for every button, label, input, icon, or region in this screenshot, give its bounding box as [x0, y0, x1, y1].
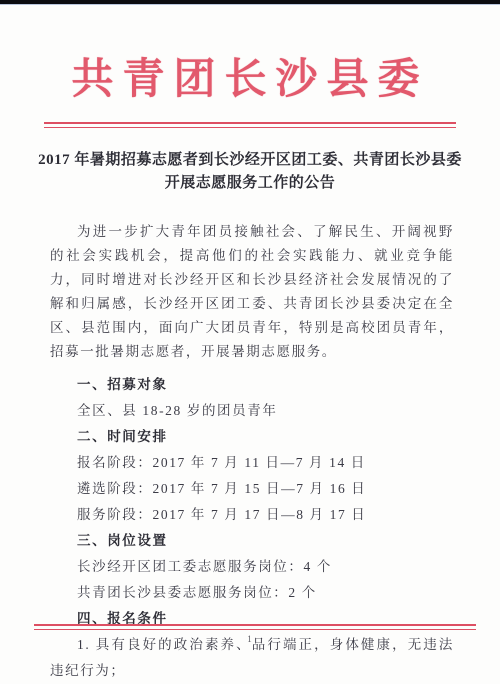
section-line-service-phase: 服务阶段：2017 年 7 月 17 日—8 月 17 日 [50, 502, 454, 528]
document-title-line1: 2017 年暑期招募志愿者到长沙经开区团工委、共青团长沙县委 [0, 149, 500, 172]
scan-edge-artifact [0, 0, 500, 5]
letterhead-org-name: 共青团长沙县委 [0, 50, 500, 110]
document-title: 2017 年暑期招募志愿者到长沙经开区团工委、共青团长沙县委 开展志愿服务工作的… [0, 149, 500, 195]
page-number: 1 [0, 634, 500, 644]
intro-paragraph: 为进一步扩大青年团员接触社会、了解民生、开阔视野的社会实践机会，提高他们的社会实… [50, 220, 454, 364]
letterhead-divider [44, 122, 456, 128]
section-line-selection-phase: 遴选阶段：2017 年 7 月 15 日—7 月 16 日 [50, 476, 454, 502]
document-title-line2: 开展志愿服务工作的公告 [0, 172, 500, 195]
footer-divider [34, 624, 476, 630]
scanned-document: 共青团长沙县委 2017 年暑期招募志愿者到长沙经开区团工委、共青团长沙县委 开… [0, 0, 500, 684]
section-heading-positions: 三、岗位设置 [50, 528, 454, 554]
section-line-registration-phase: 报名阶段：2017 年 7 月 11 日—7 月 14 日 [50, 450, 454, 476]
section-heading-schedule: 二、时间安排 [50, 424, 454, 450]
section-line-county-positions: 共青团长沙县委志愿服务岗位：2 个 [50, 580, 454, 606]
section-line: 全区、县 18-28 岁的团员青年 [50, 398, 454, 424]
section-heading-recruitment-targets: 一、招募对象 [50, 372, 454, 398]
section-line-jingkaiqu-positions: 长沙经开区团工委志愿服务岗位：4 个 [50, 554, 454, 580]
